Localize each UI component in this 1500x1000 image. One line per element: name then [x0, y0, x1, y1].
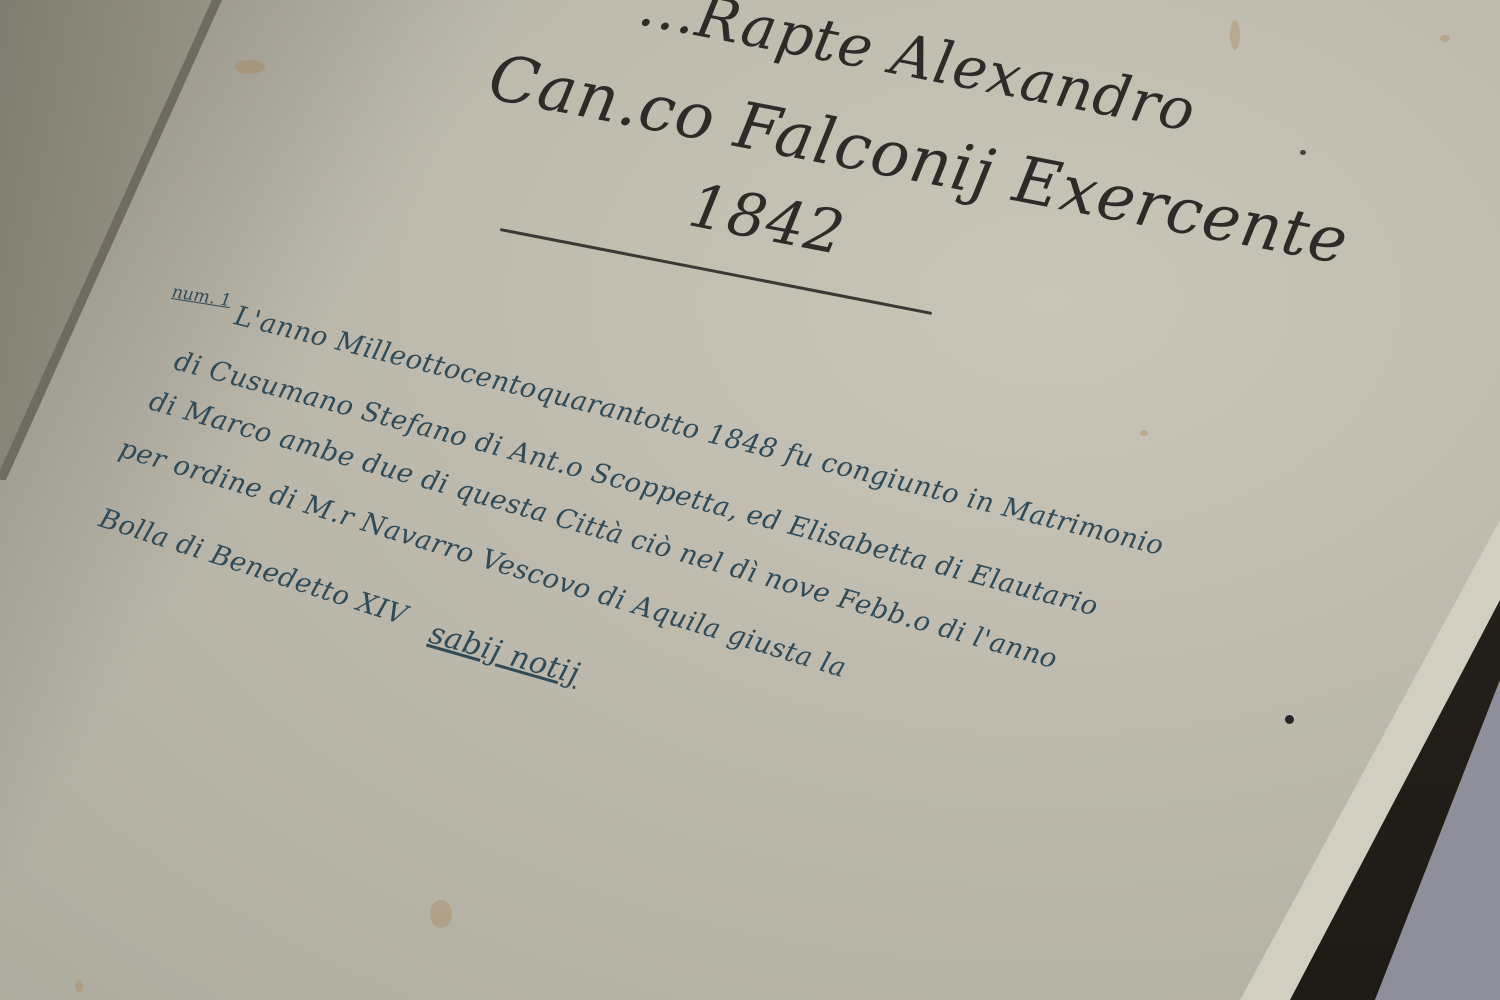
foxing-spot — [1140, 430, 1148, 436]
foxing-spot — [1285, 715, 1294, 724]
foxing-spot — [1440, 35, 1450, 42]
foxing-spot — [235, 60, 265, 74]
foxing-spot — [75, 980, 83, 992]
foxing-spot — [1230, 20, 1240, 50]
foxing-spot — [1300, 150, 1306, 155]
foxing-spot — [430, 900, 452, 928]
